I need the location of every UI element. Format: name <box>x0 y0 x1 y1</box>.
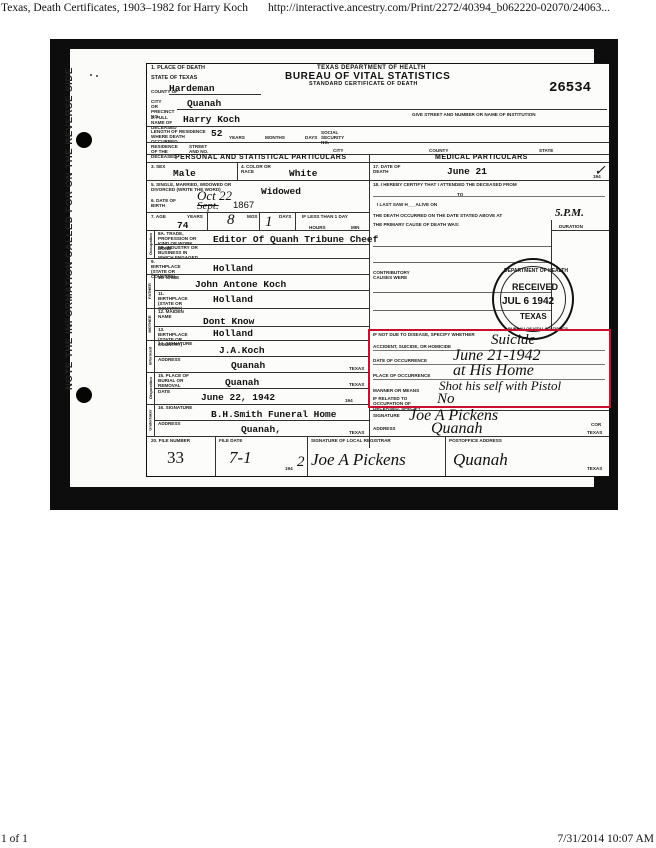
deceased-name: Harry Koch <box>183 114 240 125</box>
certifier-texas-label: TEXAS <box>587 430 602 435</box>
punch-hole-icon <box>76 387 92 403</box>
print-header-url: http://interactive.ancestry.com/Print/22… <box>268 2 610 14</box>
received-stamp: DEPARTMENT OF HEALTH RECEIVED JUL 6 1942… <box>492 258 574 340</box>
registrar-signature: Joe A Pickens <box>311 450 406 470</box>
margin-checkmark: ✓ <box>594 163 606 180</box>
father-group: FATHER <box>147 274 155 308</box>
rule <box>147 142 609 143</box>
certificate-number: 26534 <box>549 80 591 96</box>
undertaker-group-label: Undertaker <box>148 409 153 430</box>
dob-year: 1867 <box>233 200 254 211</box>
rule <box>169 94 261 95</box>
mother-maiden-label: 12. MAIDEN NAME <box>158 309 186 319</box>
rule <box>147 126 609 127</box>
rule <box>259 212 260 230</box>
print-timestamp: 7/31/2014 10:07 AM <box>558 833 654 845</box>
rule <box>177 109 607 110</box>
undertaker-address-label: ADDRESS <box>158 421 180 426</box>
age-days-value: 1 <box>265 214 273 231</box>
informant-group: Informant <box>147 340 155 372</box>
disposition-group: Disposition <box>147 372 155 404</box>
rule <box>147 212 369 213</box>
days-label: DAYS <box>305 135 317 140</box>
rule <box>237 162 238 180</box>
state-label: STATE OF TEXAS <box>151 76 197 81</box>
dob-label: 6. DATE OF BIRTH <box>151 198 181 208</box>
county-value: Hardeman <box>169 83 215 94</box>
age-days-label: DAYS <box>279 214 291 219</box>
death-date-label: 17. DATE OF DEATH <box>373 164 403 174</box>
file-number-label: 20. FILE NUMBER <box>151 438 190 443</box>
occupation-group-label: Occupation <box>148 233 153 255</box>
postoffice-label: POSTOFFICE ADDRESS <box>449 438 502 443</box>
age-label: 7. AGE <box>151 214 166 219</box>
informant-sig-label: 14. SIGNATURE <box>158 341 192 346</box>
personal-section-title: PERSONAL AND STATISTICAL PARTICULARS <box>175 154 346 161</box>
burial-date: June 22, 1942 <box>201 392 275 403</box>
death-date: June 21 <box>447 166 487 177</box>
certifier-address: Quanah <box>431 420 483 438</box>
duration-label: DURATION <box>559 224 583 229</box>
rule <box>147 162 609 163</box>
stamp-state: TEXAS <box>520 312 547 321</box>
father-name-label: 10. NAME <box>158 275 179 280</box>
rule <box>307 436 308 476</box>
occurred-label: THE DEATH OCCURRED ON THE DATE STATED AB… <box>373 213 502 218</box>
birthplace-value: Holland <box>213 263 253 274</box>
form-title: STANDARD CERTIFICATE OF DEATH <box>309 81 418 87</box>
medical-section-title: MEDICAL PARTICULARS <box>435 154 528 161</box>
age-less-label: IF LESS THAN 1 DAY <box>302 214 348 219</box>
city-value: Quanah <box>187 98 221 109</box>
print-header-title: Texas, Death Certificates, 1903–1982 for… <box>1 2 248 14</box>
county-residence-label: COUNTY <box>429 148 448 153</box>
mother-group: MOTHER <box>147 308 155 340</box>
stamp-received: RECEIVED <box>512 282 558 292</box>
color-value: White <box>289 168 318 179</box>
sex-label: 3. SEX <box>151 164 165 169</box>
informant-signature: J.A.Koch <box>219 345 265 356</box>
rule <box>295 212 296 230</box>
rule <box>215 436 216 476</box>
registrar-label: SIGNATURE OF LOCAL REGISTRAR <box>311 438 391 443</box>
file-year-suffix: 2 <box>297 454 305 471</box>
undertaker-name: B.H.Smith Funeral Home <box>211 409 336 420</box>
certifier-signature-label: SIGNATURE <box>373 413 400 418</box>
burial-date-label: DATE <box>158 389 170 394</box>
rule <box>445 436 446 476</box>
certify-label: 18. I HEREBY CERTIFY THAT I ATTENDED THE… <box>373 182 517 187</box>
residence-years: 52 <box>211 128 222 139</box>
file-year-prefix: 194 <box>285 466 293 471</box>
file-date: 7-1 <box>229 448 252 468</box>
last-saw-label: I LAST SAW H___ALIVE ON <box>377 202 437 207</box>
reverse-side-note: NOTE THE INFORMATION CALLED FOR ON THE R… <box>64 130 78 390</box>
street-institution-label: GIVE STREET AND NUMBER OR NAME OF INSTIT… <box>412 112 536 117</box>
informant-group-label: Informant <box>147 347 152 365</box>
mother-group-label: MOTHER <box>147 315 152 332</box>
street-label: STREET AND NO. <box>189 144 209 154</box>
rule <box>155 420 369 421</box>
rule <box>373 196 605 197</box>
burial-place: Quanah <box>225 377 259 388</box>
rule <box>373 246 551 247</box>
file-date-label: FILE DATE <box>219 438 242 443</box>
rule <box>207 212 208 230</box>
age-years-label: YEARS <box>187 214 203 219</box>
rule <box>147 436 609 437</box>
informant-texas-label: TEXAS <box>349 366 364 371</box>
rule <box>551 230 609 231</box>
burial-texas-label: TEXAS <box>349 382 364 387</box>
scan-speck <box>90 74 92 76</box>
scan-speck <box>96 75 98 77</box>
burial-year-suffix: 194 <box>345 398 353 403</box>
punch-hole-icon <box>76 132 92 148</box>
death-certificate-form: 1. PLACE OF DEATH TEXAS DEPARTMENT OF HE… <box>146 63 610 477</box>
color-label: 4. COLOR OR RACE <box>241 164 271 174</box>
rule <box>369 180 609 181</box>
stamp-department: DEPARTMENT OF HEALTH <box>504 268 568 274</box>
sex-value: Male <box>173 168 196 179</box>
father-name: John Antone Koch <box>195 279 286 290</box>
rule <box>155 388 369 389</box>
informant-address: Quanah <box>231 360 265 371</box>
file-number: 33 <box>167 448 184 468</box>
age-months-value: 8 <box>227 212 235 229</box>
certifier-address-label: ADDRESS <box>373 426 395 431</box>
age-months-label: MOS <box>247 214 257 219</box>
father-birthplace: Holland <box>213 294 253 305</box>
years-label: YEARS <box>229 135 245 140</box>
undertaker-group: Undertaker <box>147 404 155 436</box>
postoffice-texas-label: TEXAS <box>587 466 602 471</box>
cor-label: COR <box>591 422 601 427</box>
informant-address-label: ADDRESS <box>158 357 180 362</box>
place-of-death-label: 1. PLACE OF DEATH <box>151 66 205 71</box>
primary-cause-label: THE PRIMARY CAUSE OF DEATH WAS: <box>373 222 459 227</box>
occupation-group: Occupation <box>147 230 155 258</box>
burial-label: 15. PLACE OF BURIAL OR REMOVAL <box>158 373 190 388</box>
full-name-label: 2. FULL NAME OF DECEASED <box>151 115 175 130</box>
undertaker-address: Quanah, <box>241 424 281 435</box>
months-label: MONTHS <box>265 135 285 140</box>
rule <box>147 274 369 275</box>
rule <box>147 180 369 181</box>
time-of-death: 5.P.M. <box>555 207 584 219</box>
stamp-date: JUL 6 1942 <box>502 296 554 307</box>
rule <box>155 356 369 357</box>
postoffice-value: Quanah <box>453 450 508 470</box>
undertaker-texas-label: TEXAS <box>349 430 364 435</box>
marital-value: Widowed <box>261 186 301 197</box>
cause-of-death-highlight <box>368 329 611 408</box>
city-residence-label: CITY <box>333 148 343 153</box>
disposition-group-label: Disposition <box>148 377 153 399</box>
father-group-label: FATHER <box>147 283 152 299</box>
state-residence-label: STATE <box>539 148 553 153</box>
page-count: 1 of 1 <box>1 833 28 845</box>
mother-birthplace: Holland <box>213 328 253 339</box>
contributory-label: CONTRIBUTORY CAUSES WERE <box>373 270 413 280</box>
undertaker-sig-label: 16. SIGNATURE <box>158 405 192 410</box>
dob-struck: Sept. <box>197 200 219 212</box>
